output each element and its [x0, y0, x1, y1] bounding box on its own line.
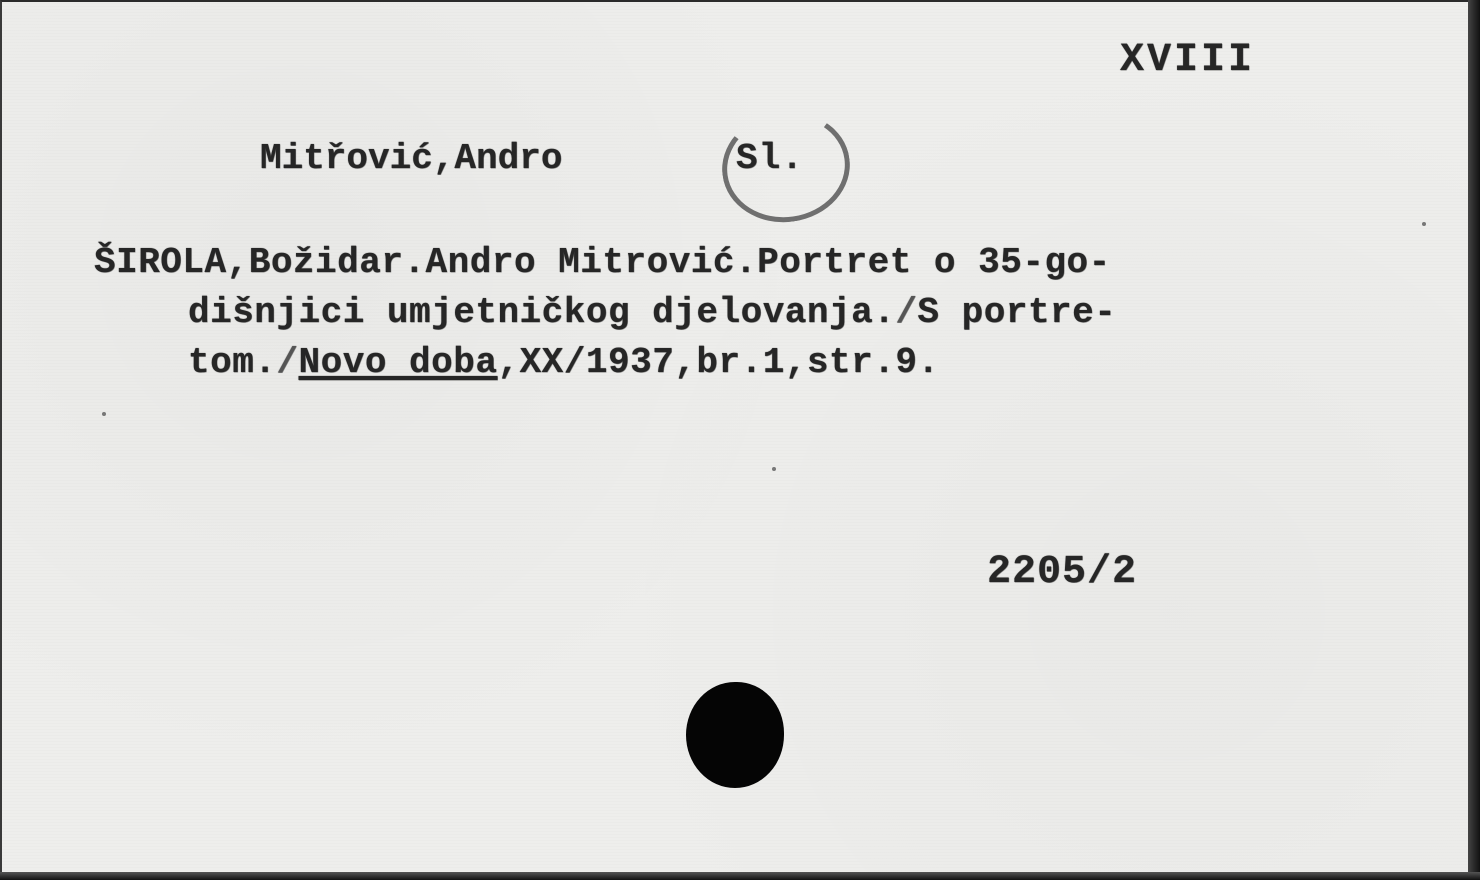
card-edge-right — [1468, 0, 1480, 880]
class-mark: XVIII — [1120, 38, 1255, 83]
journal-title: Novo doba — [299, 342, 498, 383]
stamp: Sl. — [722, 112, 840, 212]
entry-line-2: dišnjici umjetničkog djelovanja./S portr… — [188, 292, 1116, 333]
entry-line-2-rest: S portre- — [917, 292, 1116, 333]
entry-line-3-text: tom. — [188, 342, 276, 383]
pencil-slash-mark: / — [895, 292, 917, 333]
entry-line-3: tom./Novo doba,XX/1937,br.1,str.9. — [188, 342, 940, 383]
speck — [102, 412, 106, 416]
catalog-card: XVIII Mitřović,Andro Sl. ŠIROLA,Božidar.… — [0, 0, 1470, 874]
speck — [772, 467, 776, 471]
entry-line-1: ŠIROLA,Božidar.Andro Mitrović.Portret o … — [94, 242, 1111, 283]
entry-line-2-text: dišnjici umjetničkog djelovanja. — [188, 292, 895, 333]
pencil-slash-mark: / — [276, 342, 298, 383]
entry-line-3-rest: ,XX/1937,br.1,str.9. — [497, 342, 939, 383]
stamp-label: Sl. — [736, 138, 804, 179]
card-edge-bottom — [0, 872, 1480, 880]
punch-hole — [686, 682, 784, 788]
speck — [1422, 222, 1426, 226]
heading-author: Mitřović,Andro — [260, 138, 562, 179]
call-number: 2205/2 — [987, 550, 1137, 595]
